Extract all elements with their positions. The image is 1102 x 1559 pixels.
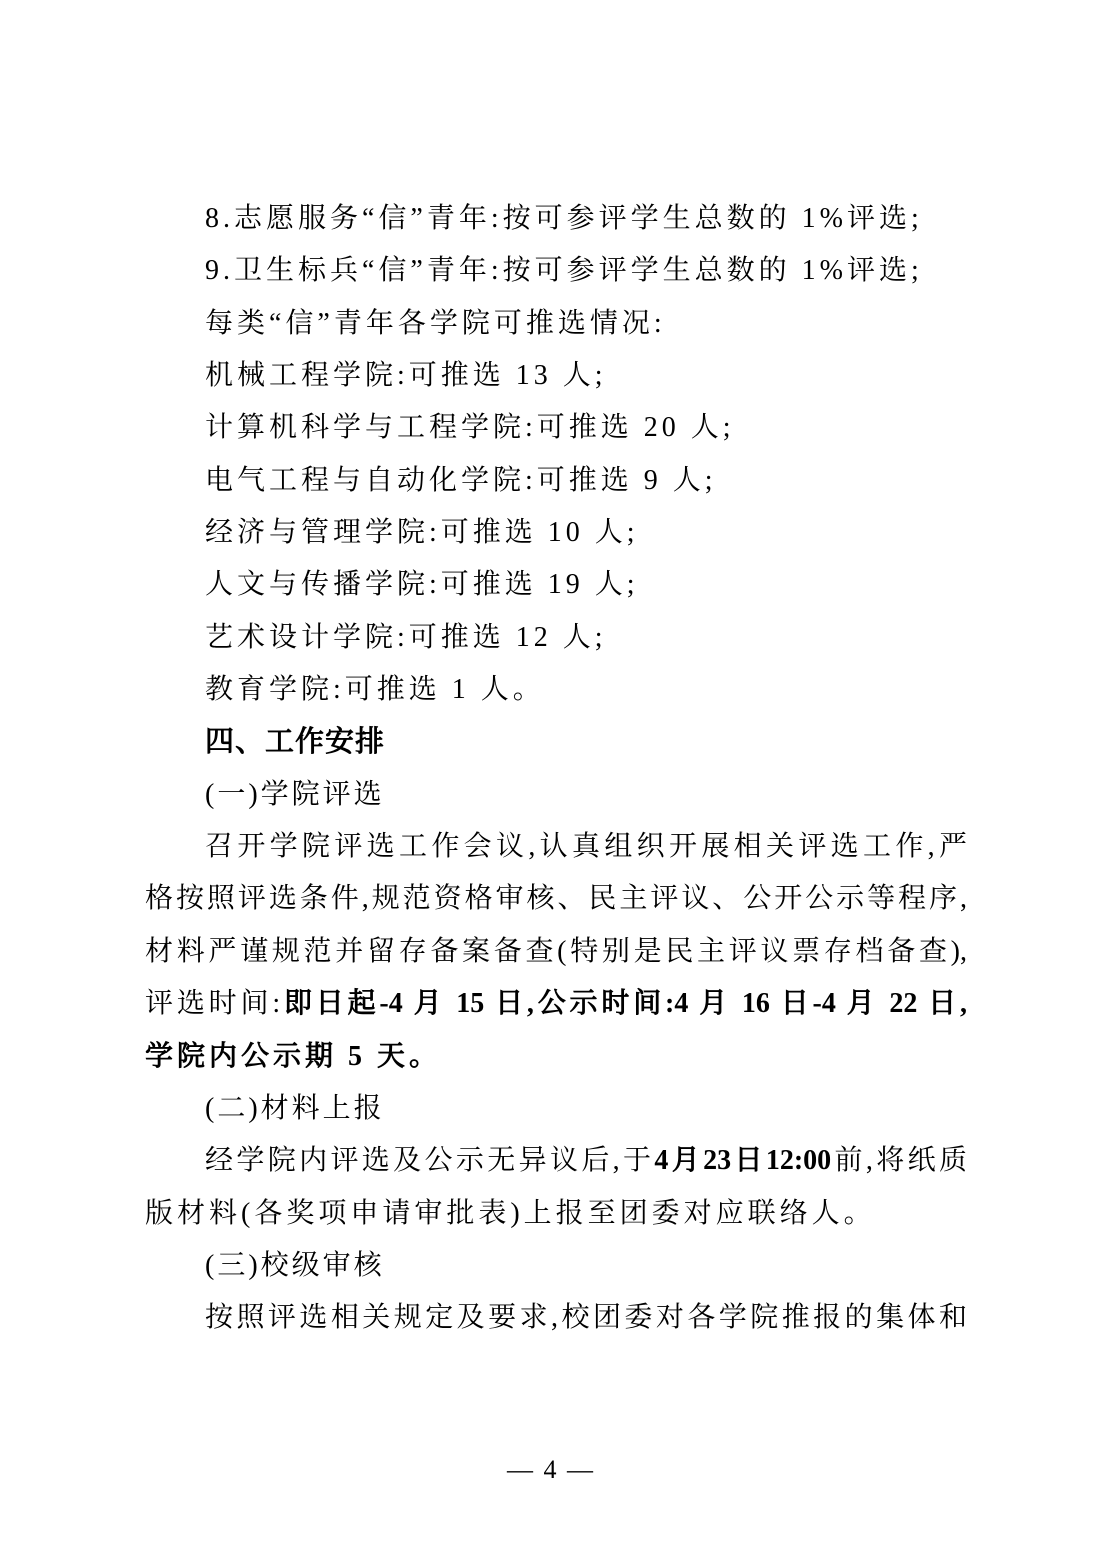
paragraph-line: 学院内公示期 5 天。 <box>145 1031 967 1083</box>
line-text: 9.卫生标兵“信”青年:按可参评学生总数的 1%评选; <box>205 255 923 286</box>
subsection-heading: (一)学院评选 <box>145 769 967 821</box>
bold-date-text: 4月23日12:00 <box>654 1145 831 1176</box>
heading-text: (三)校级审核 <box>205 1250 385 1281</box>
list-item-line: 人文与传播学院:可推选 19 人; <box>145 559 967 611</box>
paragraph-line: 8.志愿服务“信”青年:按可参评学生总数的 1%评选; <box>145 193 967 245</box>
line-text: 经济与管理学院:可推选 10 人; <box>205 517 639 548</box>
list-item-line: 机械工程学院:可推选 13 人; <box>145 350 967 402</box>
paragraph-line: 经学院内评选及公示无异议后,于4月23日12:00前,将纸质 <box>145 1135 967 1187</box>
list-item-line: 计算机科学与工程学院:可推选 20 人; <box>145 402 967 454</box>
paragraph-line: 评选时间:即日起-4 月 15 日,公示时间:4 月 16 日-4 月 22 日… <box>145 978 967 1030</box>
line-text: 机械工程学院:可推选 13 人; <box>205 360 607 391</box>
paragraph-line: 格按照评选条件,规范资格审核、民主评议、公开公示等程序, <box>145 873 967 925</box>
subsection-heading: (二)材料上报 <box>145 1083 967 1135</box>
heading-text: (二)材料上报 <box>205 1093 385 1124</box>
line-text: 按照评选相关规定及要求,校团委对各学院推报的集体和 <box>205 1302 967 1333</box>
line-text: 计算机科学与工程学院:可推选 20 人; <box>205 412 735 443</box>
paragraph-line: 版材料(各奖项申请审批表)上报至团委对应联络人。 <box>145 1188 967 1240</box>
line-text: 经学院内评选及公示无异议后,于 <box>205 1145 654 1176</box>
section-heading: 四、工作安排 <box>145 716 967 768</box>
subsection-heading: (三)校级审核 <box>145 1240 967 1292</box>
list-item-line: 经济与管理学院:可推选 10 人; <box>145 507 967 559</box>
line-text: 教育学院:可推选 1 人。 <box>205 674 545 705</box>
paragraph-line: 按照评选相关规定及要求,校团委对各学院推报的集体和 <box>145 1292 967 1344</box>
list-item-line: 艺术设计学院:可推选 12 人; <box>145 612 967 664</box>
line-text: 前,将纸质 <box>831 1145 967 1176</box>
line-text: 电气工程与自动化学院:可推选 9 人; <box>205 465 717 496</box>
bold-date-text: 即日起-4 月 15 日,公示时间:4 月 16 日-4 月 22 日, <box>280 988 967 1019</box>
page-number: — 4 — <box>0 1455 1102 1485</box>
line-text: 召开学院评选工作会议,认真组织开展相关评选工作,严 <box>205 831 967 862</box>
document-text-block: 8.志愿服务“信”青年:按可参评学生总数的 1%评选; 9.卫生标兵“信”青年:… <box>145 193 967 1345</box>
line-text: 版材料(各奖项申请审批表)上报至团委对应联络人。 <box>145 1198 876 1229</box>
line-text: 8.志愿服务“信”青年:按可参评学生总数的 1%评选; <box>205 203 923 234</box>
line-text: 材料严谨规范并留存备案备查(特别是民主评议票存档备查), <box>145 936 967 967</box>
line-text: 格按照评选条件,规范资格审核、民主评议、公开公示等程序, <box>145 883 967 914</box>
heading-text: (一)学院评选 <box>205 779 385 810</box>
bold-date-text: 学院内公示期 5 天。 <box>145 1041 441 1072</box>
document-page: 8.志愿服务“信”青年:按可参评学生总数的 1%评选; 9.卫生标兵“信”青年:… <box>0 0 1102 1559</box>
paragraph-line: 9.卫生标兵“信”青年:按可参评学生总数的 1%评选; <box>145 245 967 297</box>
heading-text: 四、工作安排 <box>205 726 385 758</box>
paragraph-line: 召开学院评选工作会议,认真组织开展相关评选工作,严 <box>145 821 967 873</box>
line-text: 人文与传播学院:可推选 19 人; <box>205 569 639 600</box>
line-text: 每类“信”青年各学院可推选情况: <box>205 308 666 339</box>
list-item-line: 教育学院:可推选 1 人。 <box>145 664 967 716</box>
line-text: 艺术设计学院:可推选 12 人; <box>205 622 607 653</box>
list-item-line: 电气工程与自动化学院:可推选 9 人; <box>145 455 967 507</box>
line-text: 评选时间: <box>145 988 280 1019</box>
paragraph-line: 每类“信”青年各学院可推选情况: <box>145 298 967 350</box>
paragraph-line: 材料严谨规范并留存备案备查(特别是民主评议票存档备查), <box>145 926 967 978</box>
